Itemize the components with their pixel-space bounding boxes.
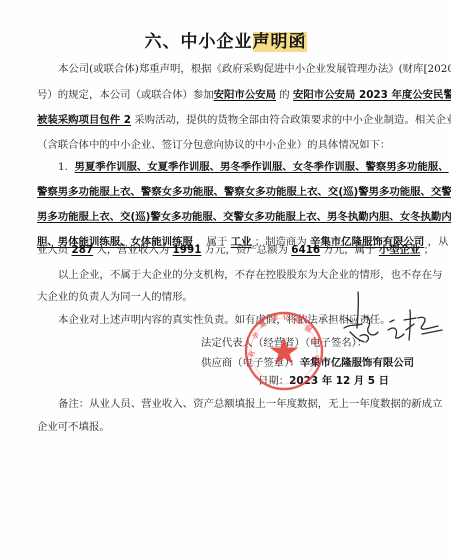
- enterprise-type-label: 万元，属于: [323, 244, 375, 256]
- item1-line2: 警察男多功能服上衣、警察女多功能服、警察女多功能服上衣、交(巡)警男多功能服、交…: [37, 185, 451, 199]
- note-line2: 企业可不填报。: [37, 420, 110, 434]
- employees-value: 287: [71, 244, 93, 256]
- supplier-label: 供应商（电子签章）：: [201, 357, 300, 369]
- page-title: 六、中小企业声明函: [0, 27, 451, 52]
- assets-label: 万元，资产总额为: [205, 244, 288, 256]
- para1-line3-text: 采购活动，提供的货物全部由符合政策要求的中小企业制造。相关企业: [134, 114, 451, 126]
- project-name-part2: 被装采购项目包件 2: [37, 114, 131, 126]
- revenue-value: 1991: [173, 244, 202, 256]
- stats-line: 业人员 287 人，营业收入为 1991 万元，资产总额为 6416 万元，属于…: [37, 243, 434, 257]
- item1-line1: 1. 男夏季作训服、女夏季作训服、男冬季作训服、女冬季作训服、警察男多功能服、: [58, 160, 449, 174]
- item1-line3: 男多功能服上衣、交(巡)警女多功能服、交警女多功能服上衣、男冬执勤内胆、女冬执勤…: [37, 210, 451, 224]
- goods-list-line2: 警察男多功能服上衣、警察女多功能服、警察女多功能服上衣、交(巡)警男多功能服、交…: [37, 186, 451, 198]
- para1-line4: （含联合体中的中小企业、签订分包意向协议的中小企业）的具体情况如下：: [37, 138, 390, 152]
- revenue-label: 人，营业收入为: [97, 244, 170, 256]
- item-number: 1.: [58, 161, 68, 173]
- para1-line2-text: 号）的规定，本公司（或联合体）参加: [37, 89, 214, 101]
- goods-list-line3: 男多功能服上衣、交(巡)警女多功能服、交警女多功能服上衣、男冬执勤内胆、女冬执勤…: [37, 211, 451, 223]
- end-punct: ；: [424, 244, 434, 256]
- title-prefix: 六、中小企业: [145, 32, 253, 52]
- date-line: 日期：2023 年 12 月 5 日: [258, 374, 389, 388]
- goods-list-line1: 男夏季作训服、女夏季作训服、男冬季作训服、女冬季作训服、警察男多功能服、: [75, 161, 449, 173]
- employees-label: 业人员: [37, 244, 68, 256]
- date-value: 2023 年 12 月 5 日: [289, 375, 389, 387]
- para2-line1: 以上企业，不属于大企业的分支机构，不存在控股股东为大企业的情形，也不存在与: [58, 268, 442, 282]
- supplier-line: 供应商（电子签章）：辛集市亿隆服饰有限公司: [201, 356, 414, 370]
- para2-line2: 大企业的负责人为同一人的情形。: [37, 290, 193, 304]
- para1-line1: 本公司(或联合体)郑重声明，根据《政府采购促进中小企业发展管理办法》(财库[20…: [58, 62, 451, 76]
- para3-line: 本企业对上述声明内容的真实性负责。如有虚假，将依法承担相应责任。: [58, 313, 391, 327]
- enterprise-type-value: 小型企业: [379, 244, 421, 256]
- legal-rep-label: 法定代表人（经营者）（电子签名）：: [201, 336, 367, 350]
- purchaser-name: 安阳市公安局: [214, 89, 276, 101]
- para1-line2: 号）的规定，本公司（或联合体）参加安阳市公安局 的 安阳市公安局 2023 年度…: [37, 88, 451, 102]
- assets-value: 6416: [291, 244, 320, 256]
- document-page: 六、中小企业声明函 本公司(或联合体)郑重声明，根据《政府采购促进中小企业发展管…: [0, 0, 451, 560]
- note-line1: 备注：从业人员、营业收入、资产总额填报上一年度数据，无上一年度数据的新成立: [58, 397, 442, 411]
- date-label: 日期：: [258, 375, 289, 387]
- supplier-name: 辛集市亿隆服饰有限公司: [300, 357, 414, 369]
- para1-line3: 被装采购项目包件 2 采购活动，提供的货物全部由符合政策要求的中小企业制造。相关…: [37, 113, 451, 127]
- title-highlight: 声明函: [253, 32, 307, 52]
- para1-line2-mid: 的: [279, 89, 289, 101]
- project-name-part1: 安阳市公安局 2023 年度公安民警: [293, 89, 451, 101]
